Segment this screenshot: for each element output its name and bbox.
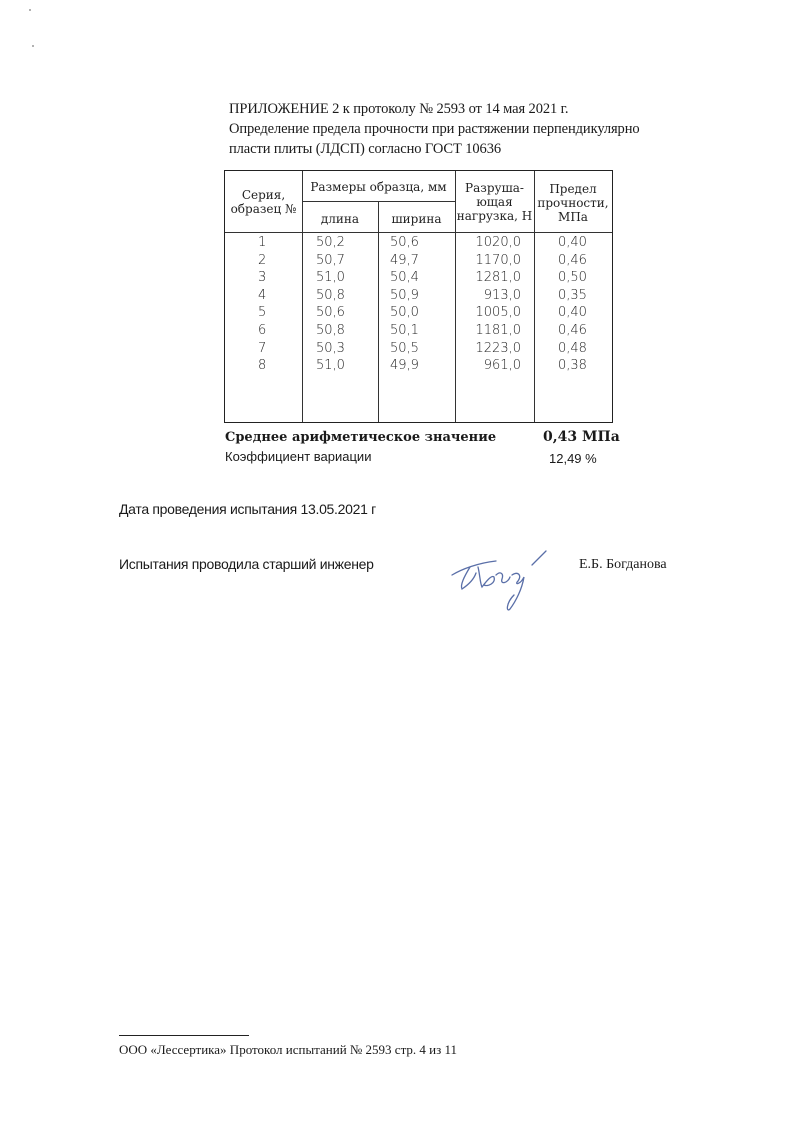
results-table: Серия,образец № Размеры образца, мм длин… xyxy=(224,170,613,423)
document-subtitle-line2: пласти плиты (ЛДСП) согласно ГОСТ 10636 xyxy=(229,139,501,159)
table-cell-n: 2 xyxy=(258,252,266,270)
table-cell-load: 1223,0 xyxy=(469,340,521,358)
table-cell-strength: 0,48 xyxy=(558,340,587,358)
table-cell-n: 6 xyxy=(258,322,266,340)
table-cell-load: 1005,0 xyxy=(469,304,521,322)
table-cell-width: 50,0 xyxy=(390,304,419,322)
signatory-role: Испытания проводила старший инженер xyxy=(119,556,374,572)
table-cell-load: 913,0 xyxy=(469,287,521,305)
table-cell-n: 8 xyxy=(258,357,266,375)
table-cell-width: 50,1 xyxy=(390,322,419,340)
header-series: Серия,образец № xyxy=(225,188,302,216)
table-cell-load: 1170,0 xyxy=(469,252,521,270)
table-cell-width: 49,9 xyxy=(390,357,419,375)
signature-mark xyxy=(448,545,558,615)
mean-value: 0,43 МПа xyxy=(543,429,620,445)
table-cell-strength: 0,40 xyxy=(558,234,587,252)
table-cell-n: 5 xyxy=(258,304,266,322)
header-load: Разруша-ющаянагрузка, Н xyxy=(455,181,534,223)
table-cell-load: 961,0 xyxy=(469,357,521,375)
table-cell-length: 50,8 xyxy=(316,287,345,305)
cv-value: 12,49 % xyxy=(549,451,597,466)
table-cell-strength: 0,38 xyxy=(558,357,587,375)
column-width: 50,649,750,450,950,050,150,549,9 xyxy=(390,234,419,375)
cv-label: Коэффициент вариации xyxy=(225,449,371,464)
header-width: ширина xyxy=(378,212,455,226)
column-load: 1020,01170,01281,0913,01005,01181,01223,… xyxy=(469,234,521,375)
table-cell-n: 3 xyxy=(258,269,266,287)
table-cell-load: 1281,0 xyxy=(469,269,521,287)
scan-speck xyxy=(29,9,31,11)
test-date: Дата проведения испытания 13.05.2021 г xyxy=(119,501,376,517)
column-strength: 0,400,460,500,350,400,460,480,38 xyxy=(558,234,587,375)
footer-rule xyxy=(119,1035,249,1036)
table-cell-width: 50,9 xyxy=(390,287,419,305)
table-cell-strength: 0,40 xyxy=(558,304,587,322)
table-cell-strength: 0,46 xyxy=(558,252,587,270)
mean-label: Среднее арифметическое значение xyxy=(225,430,496,445)
table-cell-width: 50,6 xyxy=(390,234,419,252)
table-cell-strength: 0,35 xyxy=(558,287,587,305)
table-cell-width: 49,7 xyxy=(390,252,419,270)
table-cell-load: 1020,0 xyxy=(469,234,521,252)
column-length: 50,250,751,050,850,650,850,351,0 xyxy=(316,234,345,375)
table-cell-n: 7 xyxy=(258,340,266,358)
signatory-name: Е.Б. Богданова xyxy=(579,557,667,573)
header-strength: Пределпрочности,МПа xyxy=(534,182,612,224)
table-cell-strength: 0,46 xyxy=(558,322,587,340)
table-cell-length: 50,6 xyxy=(316,304,345,322)
table-cell-length: 51,0 xyxy=(316,269,345,287)
table-cell-length: 50,2 xyxy=(316,234,345,252)
table-cell-length: 50,3 xyxy=(316,340,345,358)
appendix-title: ПРИЛОЖЕНИЕ 2 к протоколу № 2593 от 14 ма… xyxy=(229,99,568,119)
page-footer: ООО «Лессертика» Протокол испытаний № 25… xyxy=(119,1042,457,1058)
scan-speck xyxy=(32,45,34,47)
table-cell-load: 1181,0 xyxy=(469,322,521,340)
table-cell-length: 50,7 xyxy=(316,252,345,270)
table-cell-length: 51,0 xyxy=(316,357,345,375)
table-cell-width: 50,5 xyxy=(390,340,419,358)
table-cell-n: 1 xyxy=(258,234,266,252)
header-dimensions: Размеры образца, мм xyxy=(302,180,455,194)
table-cell-width: 50,4 xyxy=(390,269,419,287)
table-cell-strength: 0,50 xyxy=(558,269,587,287)
table-cell-n: 4 xyxy=(258,287,266,305)
document-subtitle-line1: Определение предела прочности при растяж… xyxy=(229,119,640,139)
header-length: длина xyxy=(302,212,378,226)
table-cell-length: 50,8 xyxy=(316,322,345,340)
column-series: 12345678 xyxy=(258,234,266,375)
